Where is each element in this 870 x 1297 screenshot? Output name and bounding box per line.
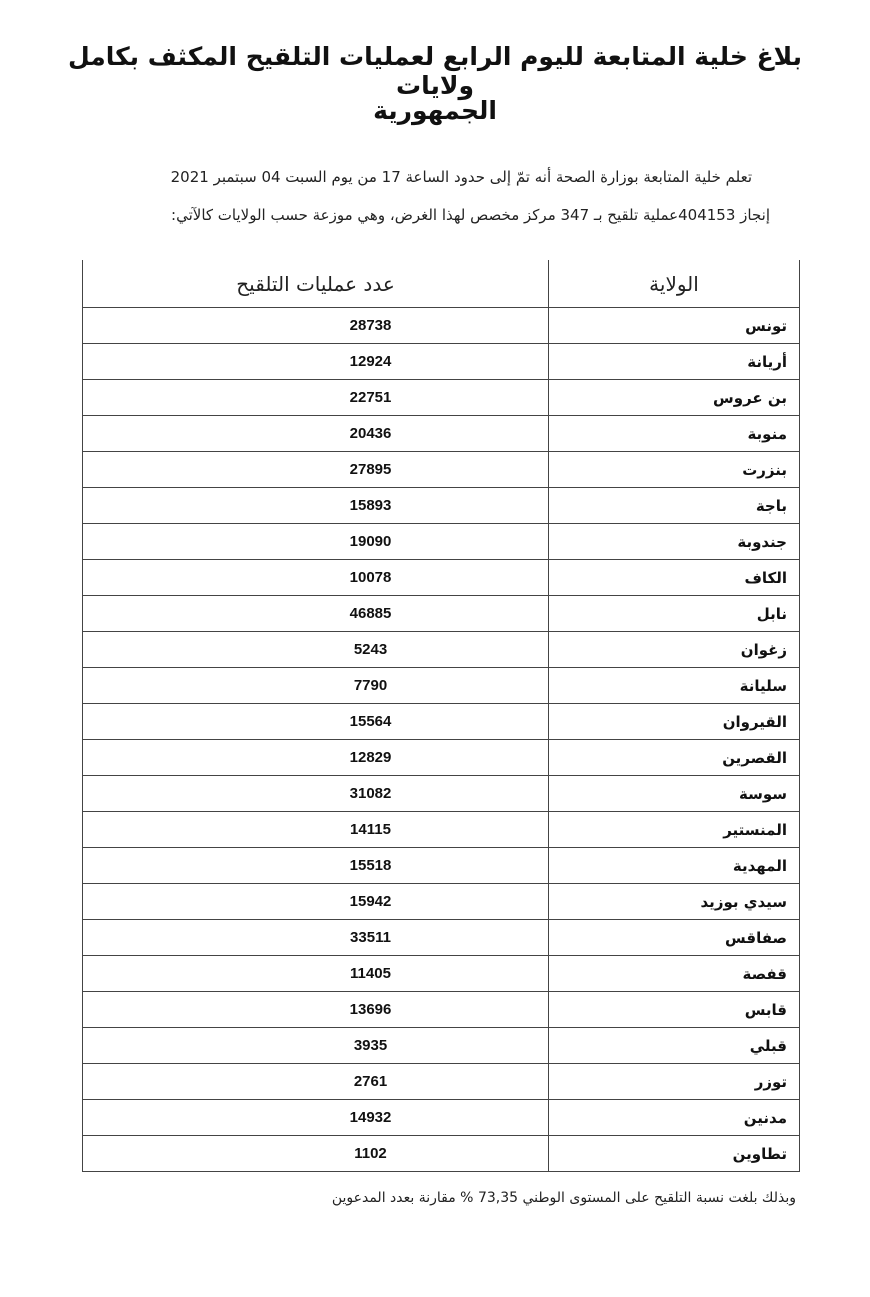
- vaccination-count: 2761: [83, 1064, 549, 1100]
- governorate-name: سوسة: [549, 776, 800, 812]
- governorate-name: نابل: [549, 596, 800, 632]
- vaccination-count: 33511: [83, 920, 549, 956]
- table-row: قفصة11405: [83, 956, 800, 992]
- governorate-name: زغوان: [549, 632, 800, 668]
- table-row: القيروان15564: [83, 704, 800, 740]
- vaccination-count: 3935: [83, 1028, 549, 1064]
- governorate-name: منوبة: [549, 416, 800, 452]
- table-row: أريانة12924: [83, 344, 800, 380]
- bulletin-title-line-2: الجمهورية: [60, 96, 810, 125]
- table-row: زغوان5243: [83, 632, 800, 668]
- vaccination-count: 46885: [83, 596, 549, 632]
- table-row: صفاقس33511: [83, 920, 800, 956]
- vaccination-count: 15518: [83, 848, 549, 884]
- vaccination-count: 15893: [83, 488, 549, 524]
- table-row: نابل46885: [83, 596, 800, 632]
- governorate-name: المهدية: [549, 848, 800, 884]
- vaccination-count: 22751: [83, 380, 549, 416]
- intro-paragraph-line-1: تعلم خلية المتابعة بوزارة الصحة أنه تمّ …: [171, 168, 752, 186]
- vaccination-count: 10078: [83, 560, 549, 596]
- table-row: قابس13696: [83, 992, 800, 1028]
- vaccination-count: 15942: [83, 884, 549, 920]
- table-row: المنستير14115: [83, 812, 800, 848]
- governorate-name: قفصة: [549, 956, 800, 992]
- vaccination-count: 19090: [83, 524, 549, 560]
- vaccination-count: 5243: [83, 632, 549, 668]
- table-row: الكاف10078: [83, 560, 800, 596]
- table-header-row: الولاية عدد عمليات التلقيح: [83, 260, 800, 308]
- table-row: مدنين14932: [83, 1100, 800, 1136]
- table-row: سيدي بوزيد15942: [83, 884, 800, 920]
- national-coverage-note: وبذلك بلغت نسبة التلقيح على المستوى الوط…: [332, 1190, 796, 1206]
- governorate-name: المنستير: [549, 812, 800, 848]
- governorate-name: صفاقس: [549, 920, 800, 956]
- table-row: بن عروس22751: [83, 380, 800, 416]
- governorate-name: قابس: [549, 992, 800, 1028]
- vaccination-count: 27895: [83, 452, 549, 488]
- vaccination-count: 11405: [83, 956, 549, 992]
- table-row: المهدية15518: [83, 848, 800, 884]
- vaccination-count: 20436: [83, 416, 549, 452]
- intro-paragraph-line-2: إنجاز 404153عملية تلقيح بـ 347 مركز مخصص…: [171, 206, 770, 224]
- governorate-name: بن عروس: [549, 380, 800, 416]
- bulletin-title-line-1: بلاغ خلية المتابعة لليوم الرابع لعمليات …: [60, 42, 810, 100]
- vaccination-count: 14932: [83, 1100, 549, 1136]
- vaccination-count: 1102: [83, 1136, 549, 1172]
- header-governorate: الولاية: [549, 260, 800, 308]
- table-row: قبلي3935: [83, 1028, 800, 1064]
- vaccination-count: 12924: [83, 344, 549, 380]
- table-row: بنزرت27895: [83, 452, 800, 488]
- vaccination-count: 12829: [83, 740, 549, 776]
- governorate-name: جندوبة: [549, 524, 800, 560]
- table-row: جندوبة19090: [83, 524, 800, 560]
- vaccination-count: 28738: [83, 308, 549, 344]
- vaccination-count: 13696: [83, 992, 549, 1028]
- governorate-name: تطاوين: [549, 1136, 800, 1172]
- governorate-name: مدنين: [549, 1100, 800, 1136]
- governorate-name: قبلي: [549, 1028, 800, 1064]
- governorate-name: بنزرت: [549, 452, 800, 488]
- vaccination-count: 15564: [83, 704, 549, 740]
- governorate-name: باجة: [549, 488, 800, 524]
- vaccination-count: 31082: [83, 776, 549, 812]
- header-vaccination-count: عدد عمليات التلقيح: [83, 260, 549, 308]
- governorate-name: سيدي بوزيد: [549, 884, 800, 920]
- governorate-name: القصرين: [549, 740, 800, 776]
- table-row: تونس28738: [83, 308, 800, 344]
- governorate-name: سليانة: [549, 668, 800, 704]
- table-row: سوسة31082: [83, 776, 800, 812]
- vaccination-table: الولاية عدد عمليات التلقيح تونس28738أريا…: [82, 260, 800, 1172]
- governorate-name: تونس: [549, 308, 800, 344]
- table-row: سليانة7790: [83, 668, 800, 704]
- table-row: باجة15893: [83, 488, 800, 524]
- vaccination-count: 14115: [83, 812, 549, 848]
- vaccination-count: 7790: [83, 668, 549, 704]
- table-row: تطاوين1102: [83, 1136, 800, 1172]
- governorate-name: الكاف: [549, 560, 800, 596]
- governorate-name: أريانة: [549, 344, 800, 380]
- governorate-name: القيروان: [549, 704, 800, 740]
- table-row: منوبة20436: [83, 416, 800, 452]
- governorate-name: توزر: [549, 1064, 800, 1100]
- table-row: توزر2761: [83, 1064, 800, 1100]
- table-row: القصرين12829: [83, 740, 800, 776]
